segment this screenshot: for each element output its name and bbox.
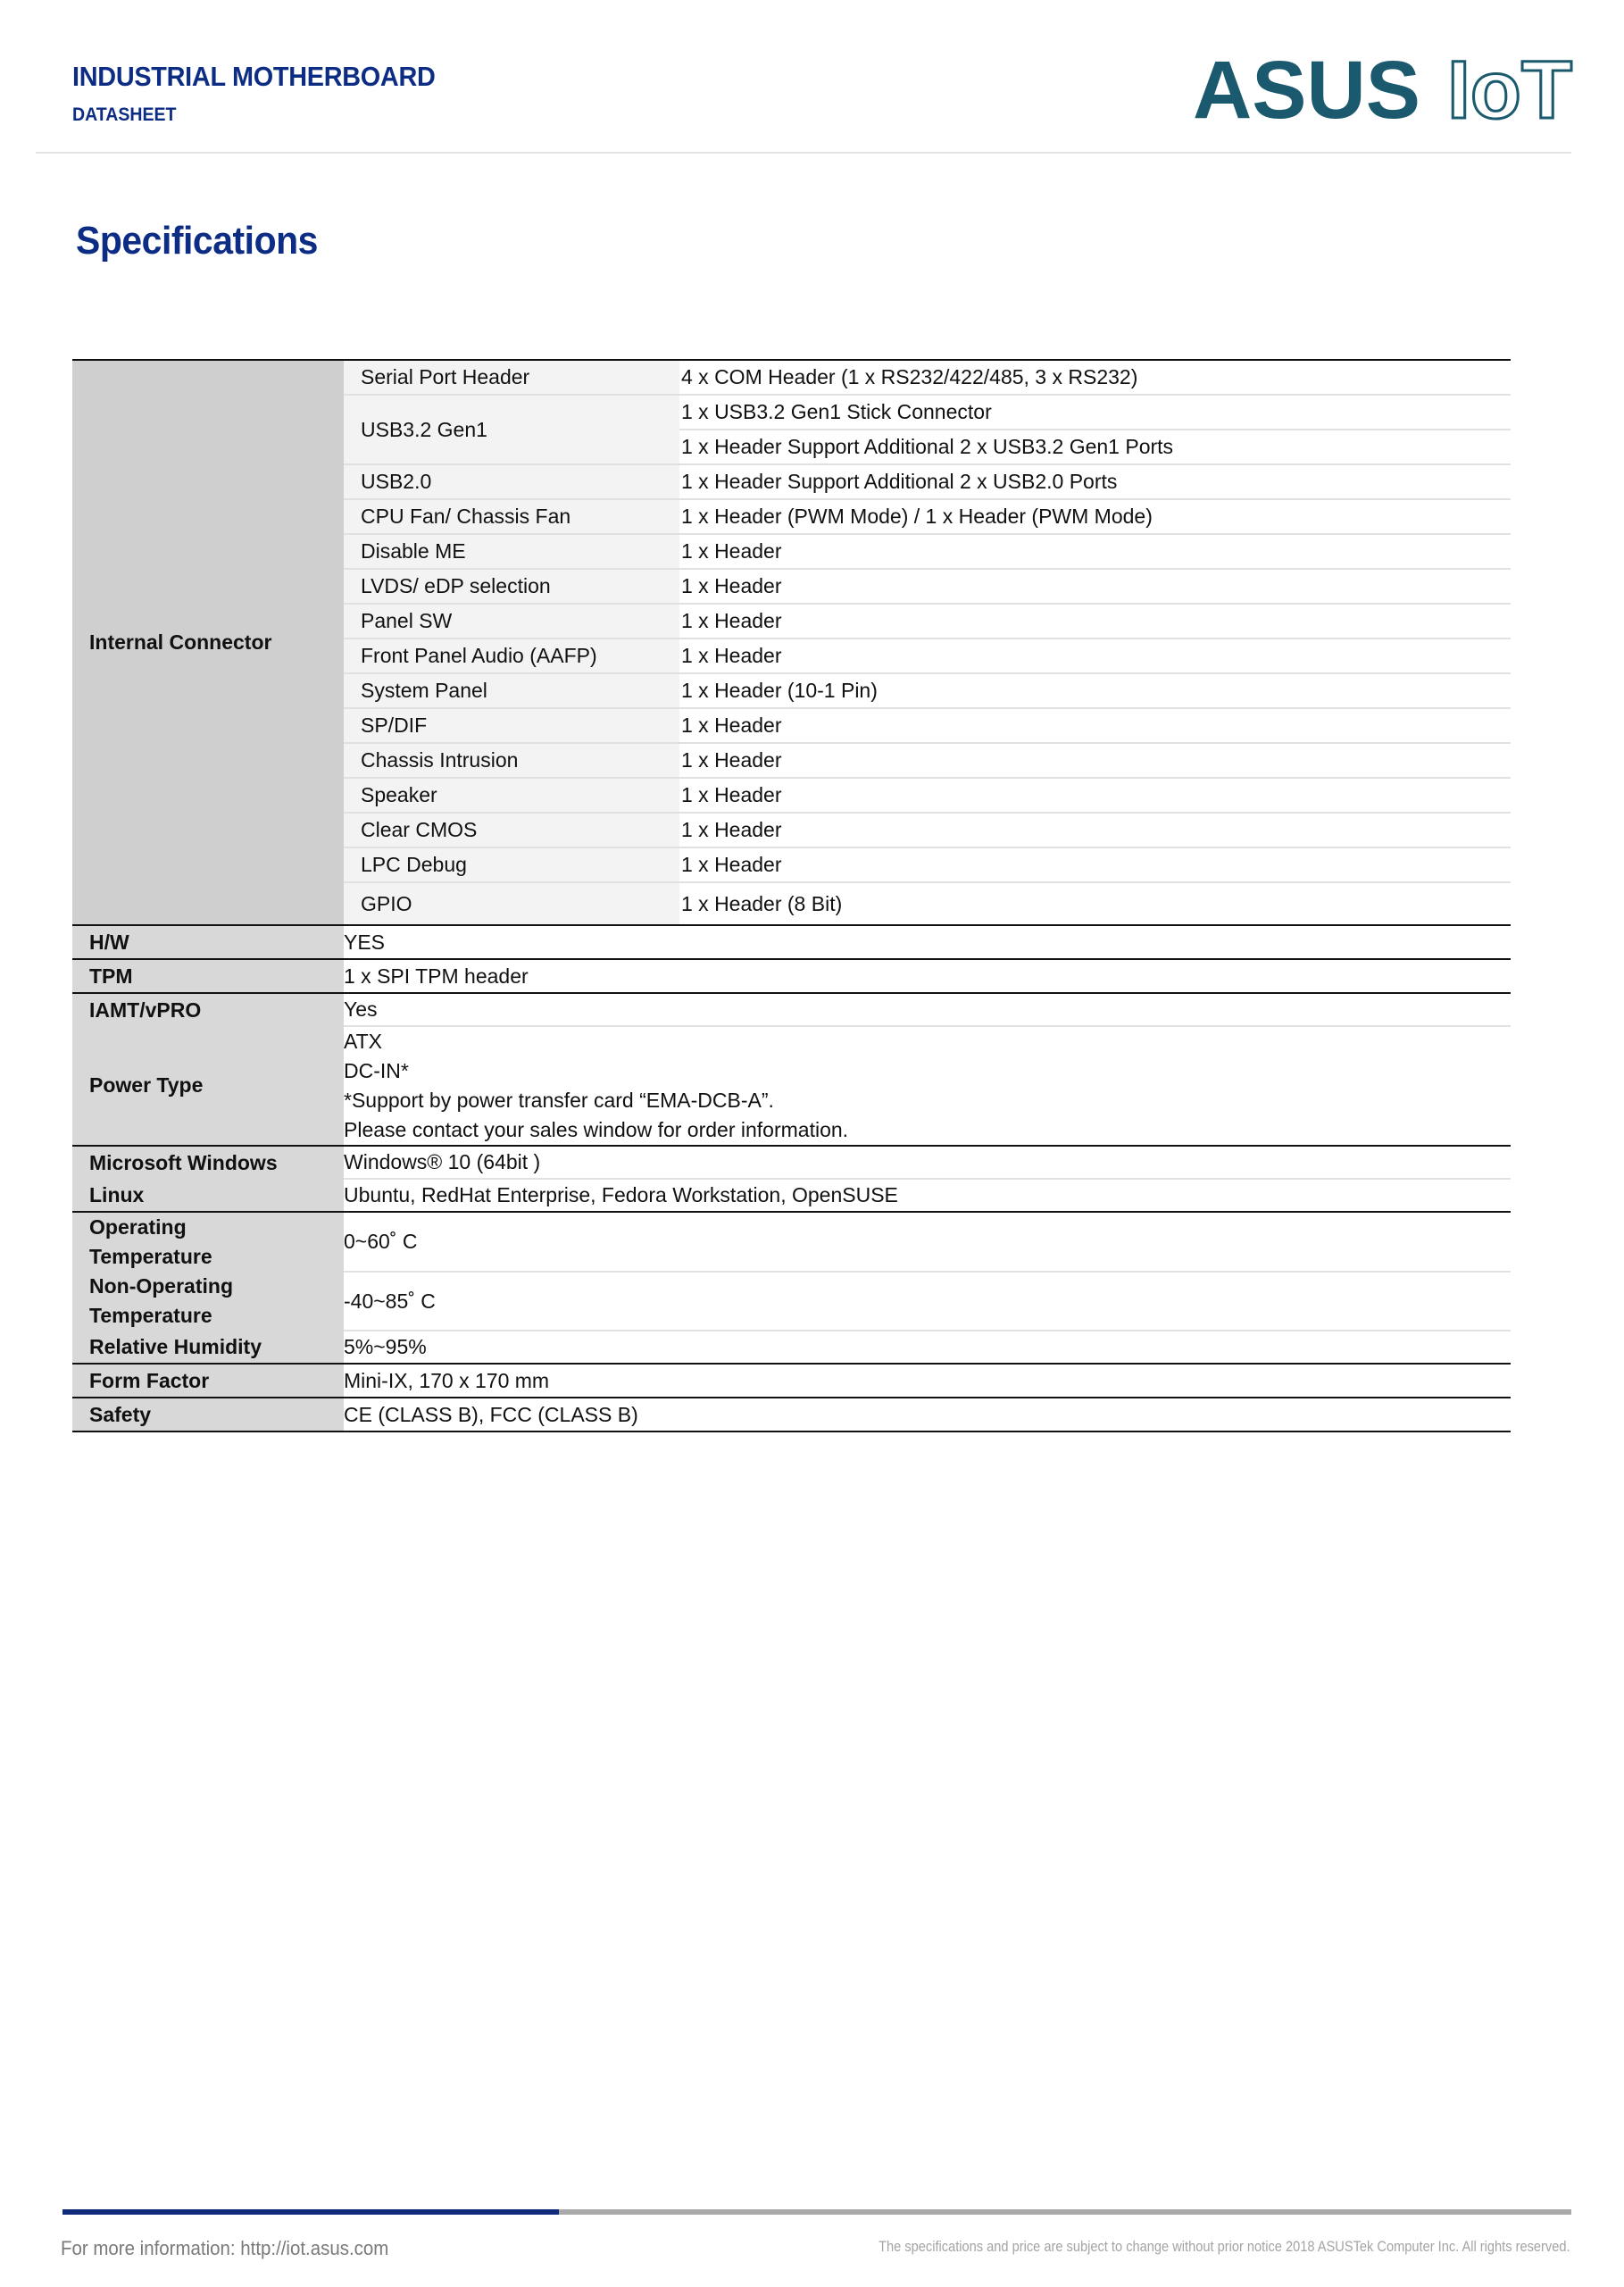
connector-value: 1 x Header Support Additional 2 x USB2.0… xyxy=(679,464,1511,499)
connector-name: USB3.2 Gen1 xyxy=(344,395,679,464)
spec-row-tpm: TPM 1 x SPI TPM header xyxy=(72,959,1511,993)
spec-row-power-type: Power Type ATX DC-IN* *Support by power … xyxy=(72,1026,1511,1146)
connector-value: 4 x COM Header (1 x RS232/422/485, 3 x R… xyxy=(679,360,1511,395)
spec-label: TPM xyxy=(72,959,344,993)
document-category-title: INDUSTRIAL MOTHERBOARD xyxy=(72,61,436,93)
spec-label: Operating Temperature xyxy=(72,1212,344,1272)
connector-value: 1 x Header xyxy=(679,847,1511,882)
footer-divider-bar xyxy=(559,2209,1571,2215)
spec-value: ATX DC-IN* *Support by power transfer ca… xyxy=(344,1026,1511,1146)
spec-value: -40~85˚ C xyxy=(344,1272,1511,1331)
connector-value: 1 x USB3.2 Gen1 Stick Connector xyxy=(679,395,1511,430)
other-specs-section: H/W YES TPM 1 x SPI TPM header IAMT/vPRO… xyxy=(72,925,1511,1431)
connector-value: 1 x Header xyxy=(679,639,1511,673)
spec-label: IAMT/vPRO xyxy=(72,993,344,1026)
spec-value: YES xyxy=(344,925,1511,959)
spec-label: H/W xyxy=(72,925,344,959)
power-line: DC-IN* xyxy=(344,1056,1511,1086)
page-title: Specifications xyxy=(76,219,318,263)
connector-value: 1 x Header (10-1 Pin) xyxy=(679,673,1511,708)
header-divider xyxy=(36,152,1571,154)
spec-row-safety: Safety CE (CLASS B), FCC (CLASS B) xyxy=(72,1398,1511,1431)
spec-label: Microsoft Windows xyxy=(72,1146,344,1179)
connector-value: 1 x Header xyxy=(679,813,1511,847)
connector-value: 1 x Header xyxy=(679,778,1511,813)
connector-value: 1 x Header xyxy=(679,534,1511,569)
connector-value: 1 x Header xyxy=(679,569,1511,604)
power-line: *Support by power transfer card “EMA-DCB… xyxy=(344,1086,1511,1115)
spec-label: Relative Humidity xyxy=(72,1331,344,1364)
internal-connector-section: Internal ConnectorSerial Port Header4 x … xyxy=(72,360,1511,925)
spec-value: 5%~95% xyxy=(344,1331,1511,1364)
spec-row-form-factor: Form Factor Mini-IX, 170 x 170 mm xyxy=(72,1364,1511,1398)
spec-value: 1 x SPI TPM header xyxy=(344,959,1511,993)
power-line: Please contact your sales window for ord… xyxy=(344,1115,1511,1145)
document-type-label: DATASHEET xyxy=(72,104,176,126)
svg-text:ASUS: ASUS xyxy=(1193,54,1420,125)
connector-name: USB2.0 xyxy=(344,464,679,499)
connector-value: 1 x Header (8 Bit) xyxy=(679,882,1511,925)
connector-value: 1 x Header Support Additional 2 x USB3.2… xyxy=(679,430,1511,464)
connector-name: Disable ME xyxy=(344,534,679,569)
spec-row-operating-temp: Operating Temperature 0~60˚ C xyxy=(72,1212,1511,1272)
spec-value: Yes xyxy=(344,993,1511,1026)
spec-row-nonoperating-temp: Non-Operating Temperature -40~85˚ C xyxy=(72,1272,1511,1331)
spec-row-humidity: Relative Humidity 5%~95% xyxy=(72,1331,1511,1364)
internal-connector-row: Internal ConnectorSerial Port Header4 x … xyxy=(72,360,1511,395)
connector-name: SP/DIF xyxy=(344,708,679,743)
section-label: Internal Connector xyxy=(72,360,344,925)
svg-text:IoT: IoT xyxy=(1447,54,1572,125)
power-line: ATX xyxy=(344,1027,1511,1056)
label-line: Temperature xyxy=(89,1242,344,1272)
connector-name: System Panel xyxy=(344,673,679,708)
connector-name: CPU Fan/ Chassis Fan xyxy=(344,499,679,534)
spec-label: Power Type xyxy=(72,1026,344,1146)
spec-label: Non-Operating Temperature xyxy=(72,1272,344,1331)
more-info-link[interactable]: For more information: http://iot.asus.co… xyxy=(61,2237,388,2260)
spec-row-iamt: IAMT/vPRO Yes xyxy=(72,993,1511,1026)
connector-value: 1 x Header (PWM Mode) / 1 x Header (PWM … xyxy=(679,499,1511,534)
connector-name: Serial Port Header xyxy=(344,360,679,395)
asus-iot-logo: ASUS IoT xyxy=(1193,54,1577,125)
connector-name: Front Panel Audio (AAFP) xyxy=(344,639,679,673)
spec-value: Ubuntu, RedHat Enterprise, Fedora Workst… xyxy=(344,1179,1511,1212)
connector-name: Panel SW xyxy=(344,604,679,639)
connector-value: 1 x Header xyxy=(679,708,1511,743)
spec-value: Mini-IX, 170 x 170 mm xyxy=(344,1364,1511,1398)
connector-name: LPC Debug xyxy=(344,847,679,882)
connector-name: GPIO xyxy=(344,882,679,925)
footer-accent-bar xyxy=(62,2209,559,2215)
specifications-table: Internal ConnectorSerial Port Header4 x … xyxy=(72,359,1511,1432)
connector-name: Clear CMOS xyxy=(344,813,679,847)
spec-row-hw: H/W YES xyxy=(72,925,1511,959)
spec-value: Windows® 10 (64bit ) xyxy=(344,1146,1511,1179)
spec-label: Form Factor xyxy=(72,1364,344,1398)
connector-name: Chassis Intrusion xyxy=(344,743,679,778)
label-line: Temperature xyxy=(89,1301,344,1331)
spec-row-windows: Microsoft Windows Windows® 10 (64bit ) xyxy=(72,1146,1511,1179)
connector-name: Speaker xyxy=(344,778,679,813)
label-line: Operating xyxy=(89,1213,344,1242)
spec-label: Linux xyxy=(72,1179,344,1212)
spec-row-linux: Linux Ubuntu, RedHat Enterprise, Fedora … xyxy=(72,1179,1511,1212)
spec-label: Safety xyxy=(72,1398,344,1431)
spec-value: 0~60˚ C xyxy=(344,1212,1511,1272)
label-line: Non-Operating xyxy=(89,1272,344,1301)
spec-value: CE (CLASS B), FCC (CLASS B) xyxy=(344,1398,1511,1431)
connector-value: 1 x Header xyxy=(679,743,1511,778)
disclaimer: The specifications and price are subject… xyxy=(879,2238,1570,2256)
connector-value: 1 x Header xyxy=(679,604,1511,639)
connector-name: LVDS/ eDP selection xyxy=(344,569,679,604)
